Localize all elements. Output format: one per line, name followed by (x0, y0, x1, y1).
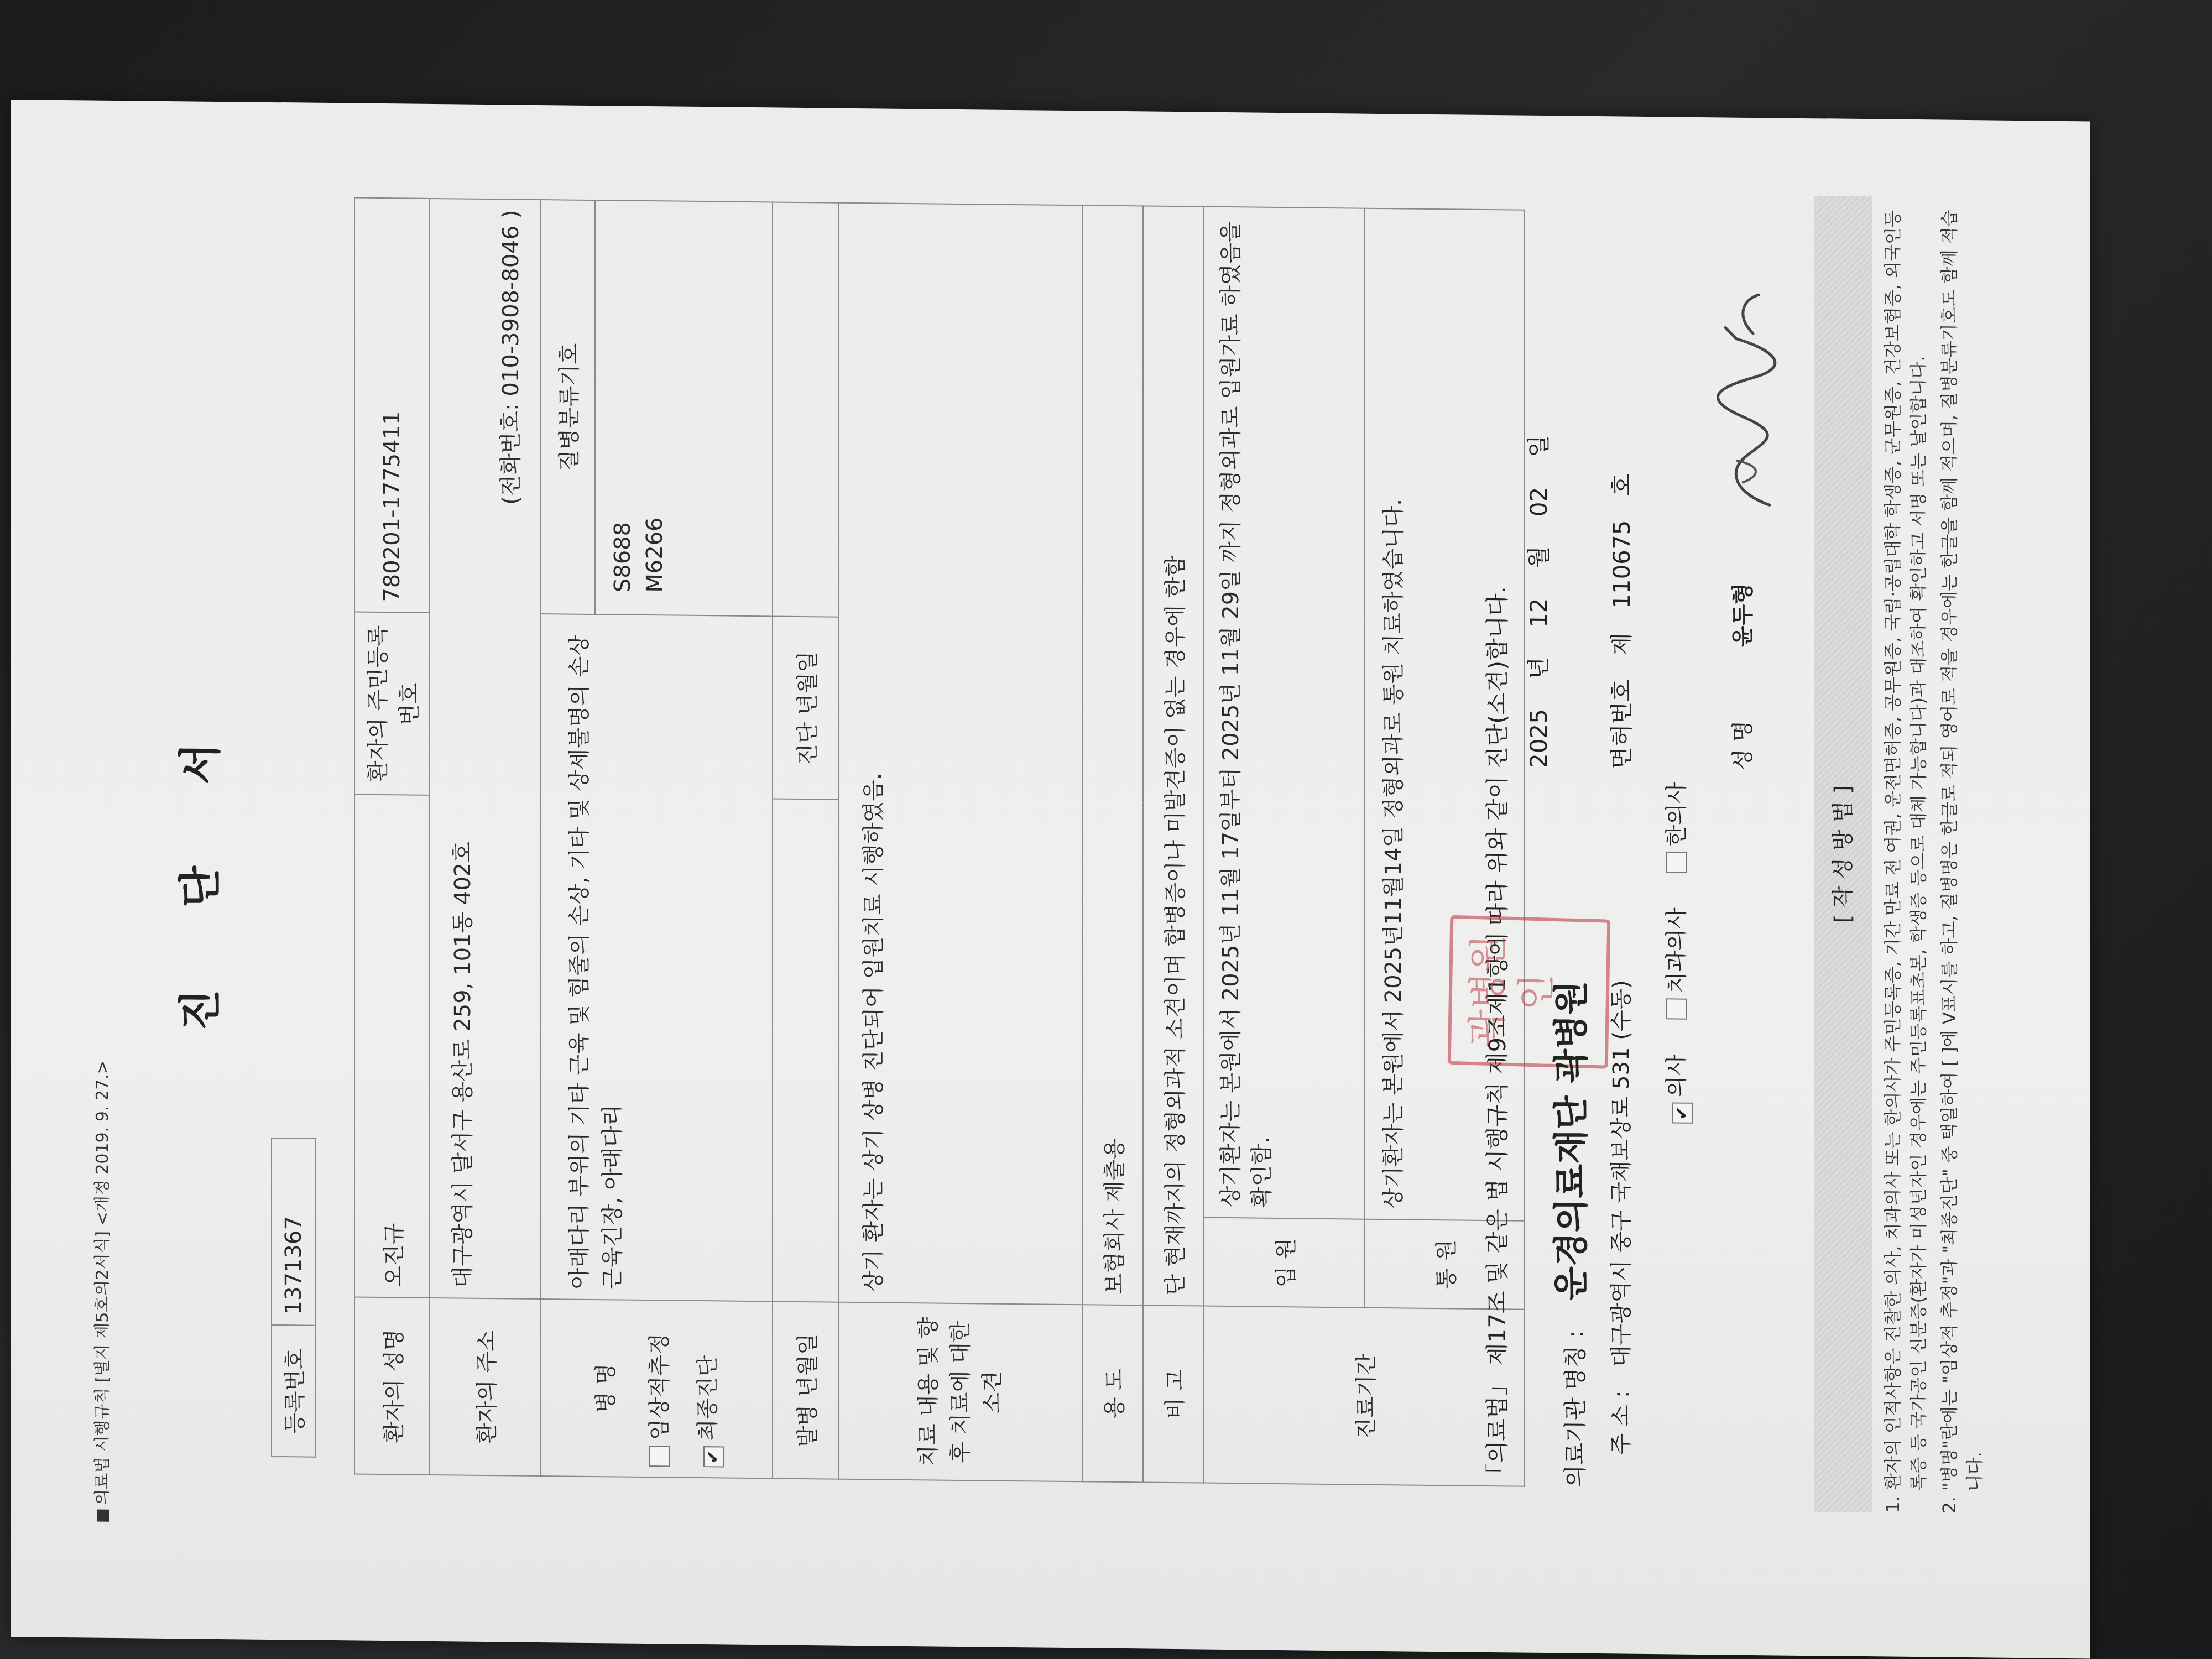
doctor-signature-line: 성 명 윤두형 (1725, 583, 1757, 770)
patient-address: 대구광역시 달서구 용산로 259, 101동 402호 (445, 209, 477, 1288)
license-number-line: 면허번호 제 110675 호 (1604, 473, 1637, 769)
oriental-doctor-checkbox[interactable] (1666, 852, 1687, 873)
clinical-option[interactable]: 임상적추정 (642, 1311, 674, 1467)
doctor-type-option[interactable]: 치과의사 (1664, 907, 1689, 1020)
method-note: 1. 환자의 인적사항은 진찰한 의사, 치과의사 또는 한의사가 주민등록증,… (1880, 196, 1931, 1513)
registration-label: 등록번호 (272, 1325, 315, 1457)
institution-name-label: 의료기관 명칭 : (1562, 1330, 1589, 1488)
treatment-period-label: 진료기간 (1204, 1306, 1525, 1486)
patient-phone: 010-3908-8046 (498, 226, 524, 397)
method-notes: 1. 환자의 인적사항은 진찰한 의사, 치과의사 또는 한의사가 주민등록증,… (1880, 196, 1993, 1514)
institution-address: 대구광역시 중구 국채보상로 531 (수동) (1609, 980, 1634, 1367)
remarks-text: 단 현재까지의 정형외과적 소견이며 합병증이나 미발견증이 없는 경우에 한함 (1143, 206, 1204, 1306)
patient-address-cell: 대구광역시 달서구 용산로 259, 101동 402호 (전화번호: 010-… (430, 199, 540, 1299)
license-number: 110675 (1608, 520, 1635, 609)
doctor-type-option[interactable]: ✔의사 (1664, 1054, 1689, 1124)
patient-name-label: 환자의 성명 (354, 1297, 430, 1475)
onset-date-label: 발병 년월일 (773, 1302, 839, 1479)
disease-code-label: 질병분류기호 (541, 200, 596, 614)
issue-date: 2025 년 12 월 02 일 (1521, 435, 1554, 768)
clinical-checkbox[interactable] (649, 1446, 670, 1467)
onset-date-value (773, 799, 839, 1302)
document-title: 진 단 서 (166, 101, 228, 1639)
inpatient-text: 상기환자는 본원에서 2025년 11월 17일부터 2025년 11월 29일… (1204, 207, 1364, 1219)
doctor-type-option[interactable]: 한의사 (1664, 782, 1689, 873)
purpose-label: 용 도 (1082, 1305, 1143, 1483)
institution-name: 운경의료재단 곽병원 (1551, 980, 1592, 1301)
doctor-type-options: ✔의사 치과의사 한의사 (1659, 782, 1693, 1124)
diagnosis-label: 병 명 (588, 1310, 620, 1466)
disease-code: S8688 (607, 223, 639, 592)
form-reference: 의료법 시행규칙 [별지 제5호의2서식] <개정 2019. 9. 27.> (88, 1060, 113, 1522)
patient-rrn: 780201-1775411 (354, 198, 430, 613)
treatment-label: 치료 내용 및 향후 치료에 대한 소견 (839, 1302, 1082, 1481)
patient-address-label: 환자의 주소 (430, 1298, 540, 1476)
disease-code-cell: 질병분류기호 S8688 M6266 (540, 200, 773, 617)
dentist-checkbox[interactable] (1666, 998, 1687, 1019)
certificate-table: 환자의 성명 오진규 환자의 주민등록번호 780201-1775411 환자의… (354, 197, 1525, 1486)
disease-code: M6266 (639, 223, 671, 593)
diagnosis-certificate-paper: 의료법 시행규칙 [별지 제5호의2서식] <개정 2019. 9. 27.> … (11, 100, 2090, 1658)
institution-address-line: 주 소 : 대구광역시 중구 국채보상로 531 (수동) (1604, 980, 1635, 1455)
registration-box: 등록번호 1371367 (271, 1138, 316, 1458)
remarks-label: 비 고 (1143, 1306, 1204, 1483)
final-option[interactable]: ✔최종진단 (690, 1311, 724, 1467)
method-note: 2. "병명"란에는 "임상적 추정"과 "최종진단" 중 택일하여 [ ]에 … (1937, 197, 1987, 1514)
patient-name: 오진규 (354, 795, 430, 1298)
square-bullet-icon (97, 1510, 109, 1522)
diagnosis-text: 아래다리 부위의 기타 근육 및 힘줄의 손상, 기타 및 상세불명의 손상 근… (540, 614, 773, 1301)
doctor-checkbox-checked[interactable]: ✔ (1672, 1102, 1693, 1123)
diagnosis-label-cell: 병 명 임상적추정 ✔최종진단 (540, 1299, 773, 1478)
method-heading: [ 작 성 방 법 ] (1814, 196, 1872, 1512)
registration-number: 1371367 (272, 1138, 315, 1326)
final-checkbox-checked[interactable]: ✔ (703, 1446, 724, 1467)
diagnosis-date-value (773, 202, 839, 617)
treatment-text: 상기 환자는 상기 상병 진단되어 입원치료 시행하였음. (839, 203, 1082, 1305)
purpose-value: 보험회사 제출용 (1082, 205, 1143, 1305)
inpatient-label: 입 원 (1204, 1218, 1364, 1308)
diagnosis-date-label: 진단 년월일 (773, 617, 839, 800)
doctor-name: 윤두형 (1730, 583, 1756, 647)
handwritten-signature-icon (1703, 283, 1797, 517)
patient-phone-line: (전화번호: 010-3908-8046 ) (493, 210, 525, 1288)
patient-rrn-label: 환자의 주민등록번호 (354, 612, 430, 795)
institution-line: 의료기관 명칭 : 운경의료재단 곽병원 (1543, 980, 1594, 1488)
